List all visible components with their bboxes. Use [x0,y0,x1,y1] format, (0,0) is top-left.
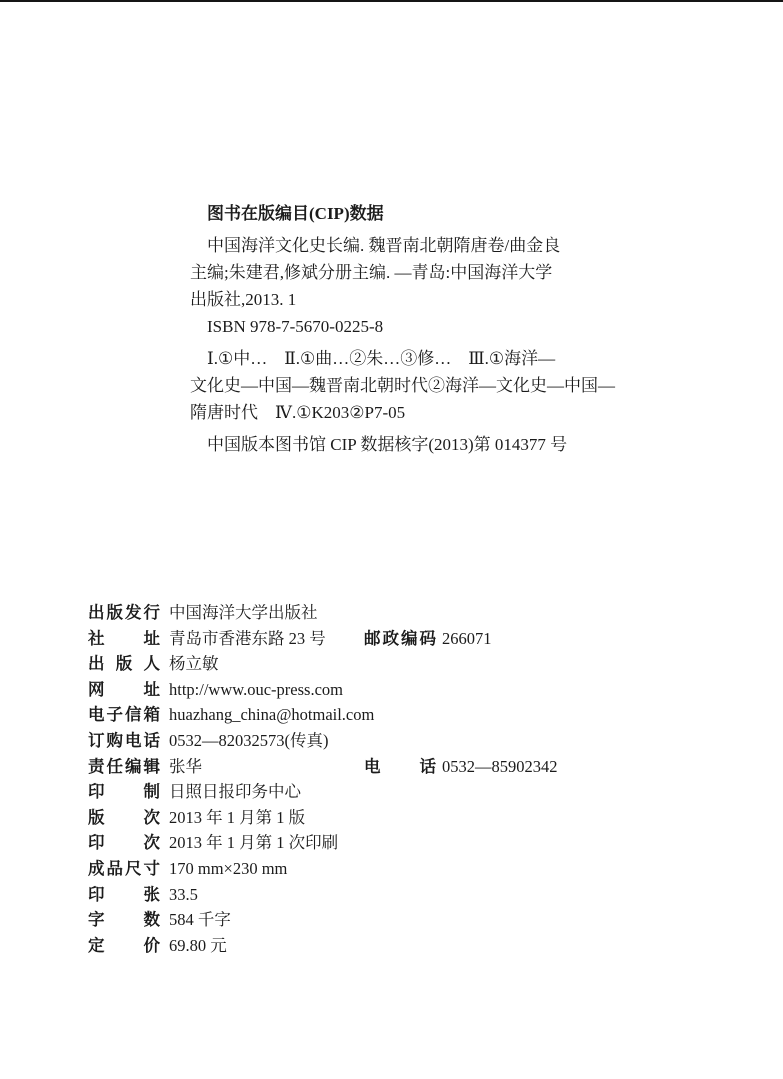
row-label: 印次 [88,830,160,856]
row-label: 版次 [88,805,160,831]
colophon-row-editor: 责任编辑 张华 电话 0532—85902342 [88,754,558,780]
scan-top-edge-line [0,0,783,2]
row-label: 印制 [88,779,160,805]
cip-block: 图书在版编目(CIP)数据 中国海洋文化史长编. 魏晋南北朝隋唐卷/曲金良 主编… [190,200,615,458]
row-label: 出版人 [88,651,160,677]
row-value: 69.80 元 [169,933,227,959]
row-value-phone: 0532—85902342 [442,754,558,780]
row-label: 字数 [88,907,160,933]
row-value: http://www.ouc-press.com [169,677,343,703]
cip-classification-line: 文化史—中国—魏晋南北朝时代②海洋—文化史—中国— [190,372,615,399]
row-value: 日照日报印务中心 [169,779,301,805]
row-value: 33.5 [169,882,198,908]
colophon-row-impression: 印次 2013 年 1 月第 1 次印刷 [88,830,558,856]
colophon-row-sheets: 印张 33.5 [88,882,558,908]
colophon-row-size: 成品尺寸 170 mm×230 mm [88,856,558,882]
row-value: 青岛市香港东路 23 号 [169,626,364,652]
cip-description-line: 出版社,2013. 1 [190,286,615,313]
row-value: 170 mm×230 mm [169,856,287,882]
row-label-phone: 电话 [364,754,436,780]
cip-record-number: 中国版本图书馆 CIP 数据核字(2013)第 014377 号 [190,431,615,458]
colophon-row-order-phone: 订购电话 0532—82032573(传真) [88,728,558,754]
row-value: 0532—82032573(传真) [169,728,329,754]
row-label: 定价 [88,933,160,959]
row-label: 印张 [88,882,160,908]
row-label: 出版发行 [88,600,160,626]
colophon-row-edition: 版次 2013 年 1 月第 1 版 [88,805,558,831]
cip-classification-line: Ⅰ.①中… Ⅱ.①曲…②朱…③修… Ⅲ.①海洋— [190,345,615,372]
colophon-row-publisher: 出版发行 中国海洋大学出版社 [88,600,558,626]
colophon-row-publisher-person: 出版人 杨立敏 [88,651,558,677]
row-value: 中国海洋大学出版社 [169,600,318,626]
colophon-row-printer: 印制 日照日报印务中心 [88,779,558,805]
colophon-row-wordcount: 字数 584 千字 [88,907,558,933]
row-label: 社址 [88,626,160,652]
row-value: 2013 年 1 月第 1 版 [169,805,305,831]
row-value: 2013 年 1 月第 1 次印刷 [169,830,338,856]
row-value: huazhang_china@hotmail.com [169,702,374,728]
row-label: 责任编辑 [88,754,160,780]
row-label: 成品尺寸 [88,856,160,882]
colophon-row-website: 网址 http://www.ouc-press.com [88,677,558,703]
colophon-row-price: 定价 69.80 元 [88,933,558,959]
isbn-line: ISBN 978-7-5670-0225-8 [190,313,615,340]
colophon-row-email: 电子信箱 huazhang_china@hotmail.com [88,702,558,728]
row-label: 订购电话 [88,728,160,754]
row-label: 电子信箱 [88,702,160,728]
colophon-block: 出版发行 中国海洋大学出版社 社址 青岛市香港东路 23 号 邮政编码 2660… [88,600,558,958]
colophon-row-address: 社址 青岛市香港东路 23 号 邮政编码 266071 [88,626,558,652]
row-label: 网址 [88,677,160,703]
row-value: 杨立敏 [169,651,219,677]
row-label-postcode: 邮政编码 [364,626,436,652]
cip-description-line: 主编;朱建君,修斌分册主编. —青岛:中国海洋大学 [190,259,615,286]
row-value-postcode: 266071 [442,626,492,652]
row-value: 张华 [169,754,364,780]
cip-classification-line: 隋唐时代 Ⅳ.①K203②P7-05 [190,399,615,426]
book-copyright-page: 图书在版编目(CIP)数据 中国海洋文化史长编. 魏晋南北朝隋唐卷/曲金良 主编… [0,0,783,1079]
cip-heading: 图书在版编目(CIP)数据 [190,200,615,227]
cip-description-line: 中国海洋文化史长编. 魏晋南北朝隋唐卷/曲金良 [190,232,615,259]
row-value: 584 千字 [169,907,231,933]
